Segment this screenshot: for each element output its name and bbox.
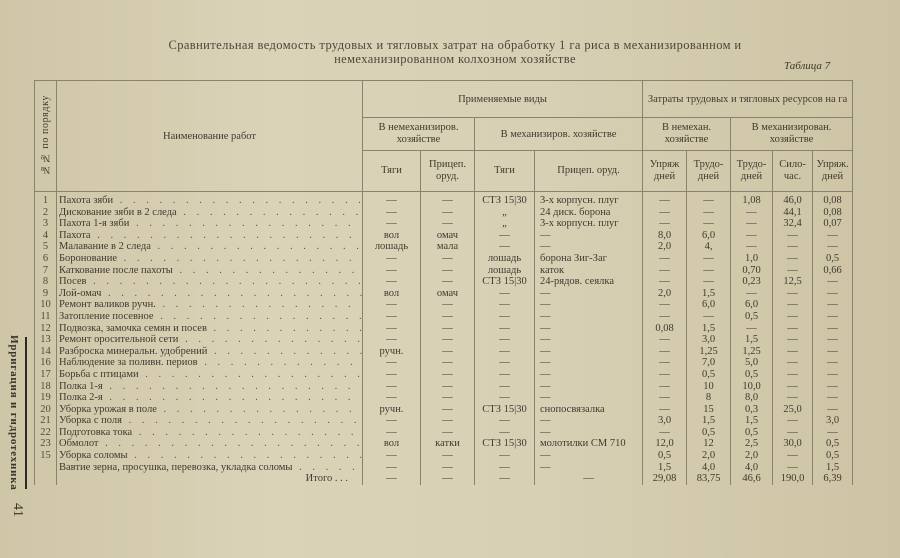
cell-power-hours: — [773, 392, 813, 404]
cell-power-hours: — [773, 230, 813, 242]
work-name-text: Полка 2-я [59, 392, 103, 403]
cell-implement-mech: — [535, 415, 643, 427]
cell-implement-mech: 3-х корпусн. плуг [535, 192, 643, 207]
cell-harness-days-mech: 1,5 [813, 462, 853, 474]
row-number: 12 [35, 323, 57, 335]
work-name: Боронование . . . . . . . . . . . . . . … [57, 253, 363, 265]
cell-harness-days-nonmech: — [643, 404, 687, 416]
cell-implement-mech: — [535, 311, 643, 323]
work-name: Вавтие зерна, просушка, перевозка, уклад… [57, 462, 363, 474]
table-row: 21Уборка с поля . . . . . . . . . . . . … [35, 415, 853, 427]
work-name: Посев . . . . . . . . . . . . . . . . . … [57, 276, 363, 288]
cell-harness-days-mech: 3,0 [813, 415, 853, 427]
cell-power-hours: 12,5 [773, 276, 813, 288]
row-number: 17 [35, 369, 57, 381]
cell-harness-days-mech: 0,07 [813, 218, 853, 230]
document-title: Сравнительная ведомость трудовых и тягло… [60, 38, 850, 66]
cell-draft-nonmech: — [363, 265, 421, 277]
header-implement-mech: Прицеп. оруд. [535, 151, 643, 192]
cell-harness-days-nonmech: — [643, 392, 687, 404]
cell-draft-nonmech: — [363, 253, 421, 265]
table-row: 8Посев . . . . . . . . . . . . . . . . .… [35, 276, 853, 288]
work-name: Уборка с поля . . . . . . . . . . . . . … [57, 415, 363, 427]
cell-workdays-nonmech: 6,0 [687, 230, 731, 242]
cell-implement-nonmech: омач [421, 230, 475, 242]
cell-implement-nonmech: — [421, 369, 475, 381]
cell-implement-mech: — [535, 241, 643, 253]
cell-draft-mech: — [475, 381, 535, 393]
cell-harness-days-mech: 0,08 [813, 207, 853, 219]
table-row: 19Полка 2-я . . . . . . . . . . . . . . … [35, 392, 853, 404]
row-number: 4 [35, 230, 57, 242]
cell-harness-days-mech: — [813, 334, 853, 346]
work-name: Полка 2-я . . . . . . . . . . . . . . . … [57, 392, 363, 404]
work-name: Разброска минеральн. удобрений . . . . .… [57, 346, 363, 358]
cell-harness-days-nonmech: 2,0 [643, 288, 687, 300]
table-row: 12Подвозка, замочка семян и посев . . . … [35, 323, 853, 335]
work-name-text: Подвозка, замочка семян и посев [59, 323, 207, 334]
cell-draft-mech: — [475, 241, 535, 253]
leader-dots: . . . . . . . . . . . . . . . . . . . . … [207, 323, 363, 334]
work-name: Борьба с птицами . . . . . . . . . . . .… [57, 369, 363, 381]
cell-workdays-nonmech: — [687, 265, 731, 277]
cell-workdays-nonmech: 4,0 [687, 462, 731, 474]
cell-implement-nonmech: — [421, 276, 475, 288]
cell-harness-days-nonmech: 0,5 [643, 450, 687, 462]
total-row: Итого . . .————29,0883,7546,6190,06,39 [35, 473, 853, 485]
work-name-text: Затопление посевное [59, 311, 154, 322]
leader-dots: . . . . . . . . . . . . . . . . . . . . … [151, 241, 363, 252]
cell-workdays-mech: — [731, 323, 773, 335]
cell-draft-nonmech: — [363, 427, 421, 439]
cell-workdays-mech: — [731, 241, 773, 253]
table-row: 17Борьба с птицами . . . . . . . . . . .… [35, 369, 853, 381]
table-row: 20Уборка урожая в поле . . . . . . . . .… [35, 404, 853, 416]
cell-power-hours: — [773, 462, 813, 474]
row-number: 23 [35, 438, 57, 450]
cell-harness-days-mech: — [813, 381, 853, 393]
cell-implement-mech: — [535, 323, 643, 335]
cell-implement-nonmech: — [421, 218, 475, 230]
cell-harness-days-nonmech: — [643, 369, 687, 381]
cell-workdays-nonmech: 12 [687, 438, 731, 450]
cell-draft-nonmech: — [363, 392, 421, 404]
cell-power-hours: — [773, 334, 813, 346]
leader-dots: . . . . . . . . . . . . . . . . . . . . … [177, 207, 363, 218]
cell-workdays-mech: 6,0 [731, 299, 773, 311]
leader-dots: . . . . . . . . . . . . . . . . . . . . … [103, 381, 363, 392]
running-head-text: Ирригация и гидротехника [8, 335, 20, 495]
cell-draft-nonmech: — [363, 207, 421, 219]
cell-harness-days-mech: 0,5 [813, 438, 853, 450]
cell-power-hours: — [773, 265, 813, 277]
cell-draft-nonmech: ручн. [363, 346, 421, 358]
cell-implement-mech: — [535, 288, 643, 300]
work-name-text: Пахота 1-я зяби [59, 218, 129, 229]
leader-dots: . . . . . . . . . . . . . . . . . . . . … [207, 346, 362, 357]
row-number: 6 [35, 253, 57, 265]
cell-draft-nonmech: — [363, 323, 421, 335]
cell-implement-mech: — [535, 450, 643, 462]
cell-power-hours: — [773, 241, 813, 253]
cell-draft-mech: — [475, 288, 535, 300]
row-number: 16 [35, 357, 57, 369]
header-power-hours: Сило-час. [773, 151, 813, 192]
cell-implement-mech: — [535, 346, 643, 358]
table-row: 23Обмолот . . . . . . . . . . . . . . . … [35, 438, 853, 450]
cell-workdays-mech: 0,3 [731, 404, 773, 416]
cell-workdays-mech: 0,70 [731, 265, 773, 277]
cell-draft-nonmech: — [363, 415, 421, 427]
work-name: Наблюдение за поливн. периов . . . . . .… [57, 357, 363, 369]
leader-dots: . . . . . . . . . . . . . . . . . . . . … [91, 230, 363, 241]
total-workdays-mech: 46,6 [731, 473, 773, 485]
header-harness-days-mech: Упряж. дней [813, 151, 853, 192]
row-number: 13 [35, 334, 57, 346]
work-name: Уборка соломы . . . . . . . . . . . . . … [57, 450, 363, 462]
cell-implement-mech: молотилки СМ 710 [535, 438, 643, 450]
total-workdays-nonmech: 83,75 [687, 473, 731, 485]
work-name: Уборка урожая в поле . . . . . . . . . .… [57, 404, 363, 416]
work-name-text: Борьба с птицами [59, 369, 139, 380]
cell-power-hours: — [773, 369, 813, 381]
cell-implement-mech: — [535, 427, 643, 439]
row-number: 19 [35, 392, 57, 404]
cell-workdays-nonmech: 0,5 [687, 427, 731, 439]
cell-draft-mech: лошадь [475, 253, 535, 265]
cell-workdays-nonmech: 7,0 [687, 357, 731, 369]
cell-power-hours: 30,0 [773, 438, 813, 450]
cell-draft-mech: — [475, 415, 535, 427]
cell-draft-mech: — [475, 392, 535, 404]
leader-dots: . . . . . . . . . . . . . . . . . . . . … [113, 195, 362, 206]
cell-draft-mech: СТЗ 15|30 [475, 192, 535, 207]
cell-draft-mech: — [475, 450, 535, 462]
table-body: 1Пахота зяби . . . . . . . . . . . . . .… [35, 192, 853, 485]
row-number: 3 [35, 218, 57, 230]
work-name: Полка 1-я . . . . . . . . . . . . . . . … [57, 381, 363, 393]
cell-implement-nonmech: — [421, 311, 475, 323]
cell-harness-days-nonmech: — [643, 346, 687, 358]
table-row: 10Ремонт валиков ручн. . . . . . . . . .… [35, 299, 853, 311]
cell-harness-days-mech: 0,08 [813, 192, 853, 207]
cell-implement-mech: — [535, 299, 643, 311]
cell-workdays-mech: 4,0 [731, 462, 773, 474]
cell-harness-days-nonmech: 1,5 [643, 462, 687, 474]
cell-workdays-mech: 1,5 [731, 334, 773, 346]
work-name: Пахота 1-я зяби . . . . . . . . . . . . … [57, 218, 363, 230]
cell-draft-nonmech: — [363, 218, 421, 230]
cell-draft-mech: СТЗ 15|30 [475, 404, 535, 416]
cell-workdays-nonmech: 3,0 [687, 334, 731, 346]
header-workdays-mech: Трудо-дней [731, 151, 773, 192]
leader-dots: . . . . . . . . . . . . . . . . . . . . … [99, 438, 363, 449]
cell-implement-nonmech: — [421, 415, 475, 427]
cell-implement-nonmech: — [421, 265, 475, 277]
cell-harness-days-mech: 0,66 [813, 265, 853, 277]
work-name-text: Пахота зяби [59, 195, 113, 206]
table-label: Таблица 7 [784, 60, 830, 72]
row-number: 20 [35, 404, 57, 416]
cell-power-hours: — [773, 450, 813, 462]
cell-implement-mech: — [535, 462, 643, 474]
cell-workdays-mech: — [731, 207, 773, 219]
cell-implement-nonmech: — [421, 392, 475, 404]
work-name-text: Дискование зяби в 2 следа [59, 207, 177, 218]
cell-power-hours: — [773, 346, 813, 358]
cell-harness-days-nonmech: 0,08 [643, 323, 687, 335]
work-name-text: Ремонт оросительной сети [59, 334, 178, 345]
table-row: 22Подготовка тока . . . . . . . . . . . … [35, 427, 853, 439]
cell-implement-mech: — [535, 369, 643, 381]
header-applied-types: Применяемые виды [363, 81, 643, 118]
total-label: Итого . . . [57, 473, 363, 485]
cell-implement-nonmech: — [421, 192, 475, 207]
cell-draft-nonmech: — [363, 276, 421, 288]
work-name-text: Посев [59, 276, 87, 287]
cell-workdays-nonmech: 4, [687, 241, 731, 253]
cell-draft-mech: СТЗ 15|30 [475, 438, 535, 450]
header-harness-days-nonmech: Упряж дней [643, 151, 687, 192]
cell-draft-nonmech: — [363, 311, 421, 323]
cell-power-hours: — [773, 357, 813, 369]
header-costs-nonmech: В немехан. хозяйстве [643, 118, 731, 151]
work-name-text: Обмолот [59, 438, 99, 449]
table-row: 16Наблюдение за поливн. периов . . . . .… [35, 357, 853, 369]
cell-harness-days-mech: 0,5 [813, 450, 853, 462]
work-name: Подвозка, замочка семян и посев . . . . … [57, 323, 363, 335]
cell-power-hours: — [773, 323, 813, 335]
header-work-name: Наименование работ [57, 81, 363, 192]
cell-implement-mech: снопосвязалка [535, 404, 643, 416]
cell-harness-days-mech: — [813, 392, 853, 404]
cell-implement-mech: — [535, 230, 643, 242]
row-number: 11 [35, 311, 57, 323]
row-number [35, 462, 57, 474]
cell-harness-days-nonmech: — [643, 207, 687, 219]
title-line-1: Сравнительная ведомость трудовых и тягло… [60, 38, 850, 52]
cell-harness-days-nonmech: — [643, 357, 687, 369]
cell-implement-mech: — [535, 381, 643, 393]
cell-implement-nonmech: — [421, 253, 475, 265]
cell-workdays-nonmech: 6,0 [687, 299, 731, 311]
cell-implement-nonmech: — [421, 334, 475, 346]
cell-implement-mech: 24 диск. борона [535, 207, 643, 219]
cell-power-hours: — [773, 311, 813, 323]
cell-harness-days-mech: — [813, 369, 853, 381]
work-name-text: Наблюдение за поливн. периов [59, 357, 198, 368]
cell-draft-nonmech: ручн. [363, 404, 421, 416]
cell-implement-mech: — [535, 392, 643, 404]
work-name-text: Малавание в 2 следа [59, 241, 151, 252]
cell-implement-mech: 3-х корпусн. плуг [535, 218, 643, 230]
work-name: Ремонт валиков ручн. . . . . . . . . . .… [57, 299, 363, 311]
cell-workdays-mech: 0,23 [731, 276, 773, 288]
work-name-text: Разброска минеральн. удобрений [59, 346, 207, 357]
cell-workdays-nonmech: 1,5 [687, 288, 731, 300]
table-row: Вавтие зерна, просушка, перевозка, уклад… [35, 462, 853, 474]
cell-draft-mech: „ [475, 207, 535, 219]
leader-dots: . . . . . . . . . . . . . . . . . . . . … [117, 253, 362, 264]
header-implement-nonmech: Прицеп. оруд. [421, 151, 475, 192]
scanned-page: Сравнительная ведомость трудовых и тягло… [0, 0, 900, 558]
comparison-table: №№ по порядку Наименование работ Применя… [34, 80, 853, 485]
cell-draft-mech: „ [475, 218, 535, 230]
cell-workdays-nonmech: 10 [687, 381, 731, 393]
work-name: Ремонт оросительной сети . . . . . . . .… [57, 334, 363, 346]
table-row: 3Пахота 1-я зяби . . . . . . . . . . . .… [35, 218, 853, 230]
cell-workdays-mech: 10,0 [731, 381, 773, 393]
work-name-text: Уборка урожая в поле [59, 404, 157, 415]
leader-dots: . . . . . . . . . . . . . . . . . . . . … [101, 288, 362, 299]
cell-power-hours: — [773, 415, 813, 427]
cell-implement-mech: — [535, 334, 643, 346]
cell-draft-nonmech: вол [363, 230, 421, 242]
cell-workdays-mech: 2,0 [731, 450, 773, 462]
cell-draft-mech: — [475, 427, 535, 439]
cell-implement-nonmech: — [421, 346, 475, 358]
cell-implement-nonmech: мала [421, 241, 475, 253]
work-name-text: Каткование после пахоты [59, 265, 173, 276]
cell-draft-nonmech: — [363, 192, 421, 207]
header-resource-costs: Затраты трудовых и тягловых ресурсов на … [643, 81, 853, 118]
cell-harness-days-nonmech: — [643, 265, 687, 277]
table-row: 5Малавание в 2 следа . . . . . . . . . .… [35, 241, 853, 253]
total-harness-days-nonmech: 29,08 [643, 473, 687, 485]
leader-dots: . . . . . . . . . . . . . . . . . . . . … [87, 276, 363, 287]
leader-dots: . . . . . . . . . . . . . . . . . . . . … [139, 369, 363, 380]
cell-workdays-mech: — [731, 218, 773, 230]
cell-harness-days-nonmech: — [643, 334, 687, 346]
cell-workdays-mech: 0,5 [731, 427, 773, 439]
cell-draft-nonmech: вол [363, 438, 421, 450]
work-name: Каткование после пахоты . . . . . . . . … [57, 265, 363, 277]
work-name: Дискование зяби в 2 следа . . . . . . . … [57, 207, 363, 219]
cell-power-hours: 32,4 [773, 218, 813, 230]
cell-draft-nonmech: — [363, 462, 421, 474]
cell-workdays-nonmech: 2,0 [687, 450, 731, 462]
leader-dots: . . . . . . . . . . . . . . . . . . . . … [129, 218, 362, 229]
cell-workdays-mech: — [731, 288, 773, 300]
cell-harness-days-mech: 0,5 [813, 253, 853, 265]
cell-power-hours: — [773, 288, 813, 300]
cell-workdays-nonmech: 1,5 [687, 415, 731, 427]
row-number: 8 [35, 276, 57, 288]
header-nonmech-farm: В немеханизиров. хозяйстве [363, 118, 475, 151]
cell-workdays-nonmech: 8 [687, 392, 731, 404]
work-name: Пахота зяби . . . . . . . . . . . . . . … [57, 192, 363, 207]
cell-workdays-nonmech: 0,5 [687, 369, 731, 381]
table-row: 18Полка 1-я . . . . . . . . . . . . . . … [35, 381, 853, 393]
cell-workdays-nonmech: — [687, 276, 731, 288]
work-name-text: Уборка соломы [59, 450, 128, 461]
cell-implement-mech: — [535, 357, 643, 369]
table-row: 9Лой-омач . . . . . . . . . . . . . . . … [35, 288, 853, 300]
leader-dots: . . . . . . . . . . . . . . . . . . . . … [178, 334, 362, 345]
cell-harness-days-nonmech: — [643, 253, 687, 265]
cell-harness-days-nonmech: — [643, 381, 687, 393]
header-draft-mech: Тяги [475, 151, 535, 192]
cell-workdays-mech: 0,5 [731, 369, 773, 381]
work-name-text: Подготовка тока [59, 427, 132, 438]
work-name: Затопление посевное . . . . . . . . . . … [57, 311, 363, 323]
row-number: 7 [35, 265, 57, 277]
table-row: 7Каткование после пахоты . . . . . . . .… [35, 265, 853, 277]
leader-dots: . . . . . . . . . . . . . . . . . . . . … [157, 404, 363, 415]
row-number: 15 [35, 450, 57, 462]
cell-draft-mech: лошадь [475, 265, 535, 277]
row-number: 9 [35, 288, 57, 300]
cell-harness-days-mech: — [813, 276, 853, 288]
cell-workdays-nonmech: 1,5 [687, 323, 731, 335]
header-costs-mech: В механизирован. хозяйстве [731, 118, 853, 151]
cell-harness-days-mech: — [813, 404, 853, 416]
table-row: 6Боронование . . . . . . . . . . . . . .… [35, 253, 853, 265]
cell-implement-mech: 24-рядов. сеялка [535, 276, 643, 288]
cell-implement-nonmech: — [421, 462, 475, 474]
cell-power-hours: 46,0 [773, 192, 813, 207]
work-name-text: Боронование [59, 253, 117, 264]
total-number [35, 473, 57, 485]
row-number: 14 [35, 346, 57, 358]
cell-harness-days-mech: — [813, 230, 853, 242]
work-name-text: Уборка с поля [59, 415, 122, 426]
cell-draft-nonmech: — [363, 357, 421, 369]
cell-workdays-mech: 1,08 [731, 192, 773, 207]
total-harness-days-mech: 6,39 [813, 473, 853, 485]
cell-implement-nonmech: — [421, 427, 475, 439]
leader-dots: . . . . . . . . . . . . . . . . . . . . … [132, 427, 362, 438]
cell-workdays-nonmech: 1,25 [687, 346, 731, 358]
cell-implement-mech: борона Зиг-Заг [535, 253, 643, 265]
work-name-text: Ремонт валиков ручн. [59, 299, 156, 310]
cell-power-hours: 25,0 [773, 404, 813, 416]
cell-harness-days-nonmech: — [643, 276, 687, 288]
cell-workdays-mech: 0,5 [731, 311, 773, 323]
leader-dots: . . . . . . . . . . . . . . . . . . . . … [103, 392, 363, 403]
cell-workdays-nonmech: 15 [687, 404, 731, 416]
cell-power-hours: — [773, 427, 813, 439]
cell-harness-days-mech: — [813, 427, 853, 439]
row-number: 21 [35, 415, 57, 427]
cell-implement-nonmech: — [421, 381, 475, 393]
cell-harness-days-mech: — [813, 357, 853, 369]
cell-harness-days-nonmech: 8,0 [643, 230, 687, 242]
cell-harness-days-mech: — [813, 299, 853, 311]
leader-dots: . . . . . . . . . . . . . . . . . . . . … [156, 299, 363, 310]
cell-implement-nonmech: — [421, 207, 475, 219]
cell-power-hours: — [773, 253, 813, 265]
cell-implement-nonmech: катки [421, 438, 475, 450]
leader-dots: . . . . . . . . . . . . . . . . . . . . … [154, 311, 363, 322]
cell-harness-days-mech: — [813, 311, 853, 323]
cell-power-hours: — [773, 299, 813, 311]
cell-workdays-mech: 2,5 [731, 438, 773, 450]
cell-workdays-nonmech: — [687, 311, 731, 323]
cell-harness-days-nonmech: — [643, 192, 687, 207]
header-mech-farm: В механизиров. хозяйстве [475, 118, 643, 151]
row-number: 1 [35, 192, 57, 207]
cell-workdays-mech: 8,0 [731, 392, 773, 404]
work-name: Малавание в 2 следа . . . . . . . . . . … [57, 241, 363, 253]
work-name: Лой-омач . . . . . . . . . . . . . . . .… [57, 288, 363, 300]
cell-workdays-nonmech: — [687, 218, 731, 230]
header-row-number: №№ по порядку [35, 81, 57, 192]
cell-draft-nonmech: вол [363, 288, 421, 300]
work-name-text: Вавтие зерна, просушка, перевозка, уклад… [59, 462, 292, 473]
cell-implement-nonmech: — [421, 357, 475, 369]
work-name-text: Лой-омач [59, 288, 101, 299]
